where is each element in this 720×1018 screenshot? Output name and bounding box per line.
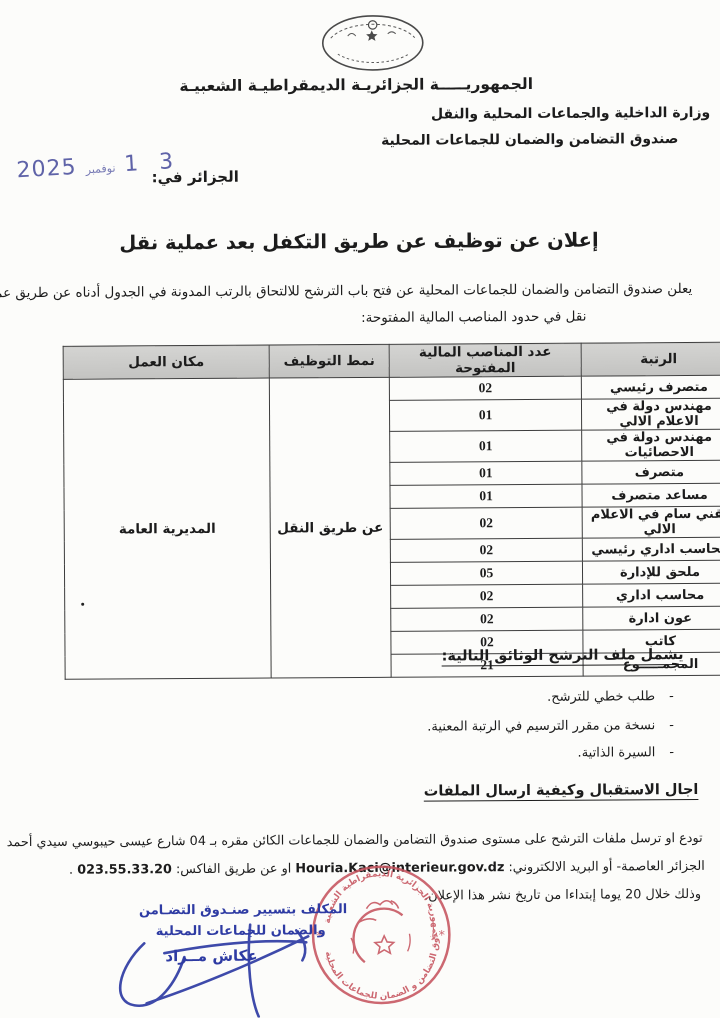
count-cell: 01 [389, 399, 581, 431]
rank-cell: عون ادارة [583, 606, 720, 630]
dash-bullet: - [669, 745, 674, 760]
rank-cell: مهندس دولة في الاعلام الالي [581, 398, 720, 430]
date-stamp-year: 2025 [16, 155, 77, 183]
header-recruitment-mode: نمط التوظيف [269, 344, 389, 378]
header-open-positions: عدد المناصب المالية المفتوحة [389, 343, 581, 377]
count-cell: 01 [390, 461, 582, 485]
dash-bullet: - [669, 689, 674, 704]
table-header-row: الرتبة عدد المناصب المالية المفتوحة نمط … [63, 342, 720, 379]
workplace-cell: المديرية العامة [63, 378, 271, 679]
list-item-label: نسخة من مقرر الترسيم في الرتبة المعنية. [427, 718, 655, 734]
signatory-name: عكاش مــراد [165, 947, 257, 966]
page-title: إعلان عن توظيف عن طريق التكفل بعد عملية … [119, 229, 599, 255]
scanned-document-page: الجمهوريـــــة الجزائريـة الديمقراطيـة ا… [0, 0, 720, 1018]
ministry-line: وزارة الداخلية والجماعات المحلية والنقل [431, 105, 710, 123]
count-cell: 02 [391, 607, 583, 631]
dash-bullet: - [669, 718, 674, 733]
list-item-label: طلب خطي للترشح. [547, 689, 655, 705]
count-cell: 01 [390, 430, 582, 462]
email-label: الجزائر العاصمة- أو البريد الالكتروني: [508, 859, 704, 875]
date-stamp-month: نوفمبر [85, 162, 115, 177]
list-item: -نسخة من مقرر الترسيم في الرتبة المعنية. [427, 718, 674, 735]
rank-cell: محاسب اداري رئيسي [582, 537, 720, 561]
sentence-period: . [69, 863, 73, 878]
header-rank: الرتبة [581, 342, 720, 376]
documents-section-title: يشمل ملف الترشح الوثائق التالية: [442, 647, 684, 664]
list-item: -طلب خطي للترشح. [547, 689, 674, 705]
fund-line: صندوق التضامن والضمان للجماعات المحلية [381, 131, 678, 149]
count-cell: 02 [390, 538, 582, 562]
rank-cell: تقني سام في الاعلام الالي [582, 506, 720, 538]
table-body: متصرف رئيسي02عن طريق النقلالمديرية العام… [63, 375, 720, 679]
svg-text:*: * [439, 927, 445, 942]
republic-title: الجمهوريـــــة الجزائريـة الديمقراطيـة ا… [223, 75, 533, 95]
count-cell: 05 [390, 561, 582, 585]
fax-label: او عن طريق الفاكس: [176, 861, 291, 877]
algeria-national-emblem-icon [318, 12, 428, 75]
signatory-title-line1: المكلف بتسيير صنـدوق التضـامن [138, 902, 348, 918]
rank-cell: مساعد متصرف [582, 483, 720, 507]
count-cell: 02 [390, 507, 582, 539]
fax-number: 023.55.33.20 [77, 862, 172, 878]
deadline-line-3: وذلك خلال 20 يوما إبتداءا من تاريخ نشر ه… [424, 887, 701, 904]
positions-table: الرتبة عدد المناصب المالية المفتوحة نمط … [63, 342, 720, 680]
rank-cell: متصرف رئيسي [581, 375, 720, 399]
deadline-section-title: اجال الاستقبال وكيفية ارسال الملفات [424, 782, 699, 800]
rank-cell: متصرف [582, 460, 720, 484]
date-stamp-day: 1 3 [124, 149, 181, 177]
count-cell: 02 [391, 584, 583, 608]
rank-cell: محاسب اداري [583, 583, 720, 607]
intro-line-2: نقل في حدود المناصب المالية المفتوحة: [361, 309, 586, 326]
recruitment-mode-cell: عن طريق النقل [269, 377, 391, 678]
list-item-label: السيرة الذاتية. [577, 745, 655, 760]
scan-speck [81, 603, 84, 606]
deadline-line-1: تودع او ترسل ملفات الترشح على مستوى صندو… [7, 831, 703, 850]
rank-cell: مهندس دولة في الاحصائيات [582, 429, 720, 461]
header-workplace: مكان العمل [63, 345, 269, 379]
count-cell: 02 [389, 376, 581, 400]
count-cell: 01 [390, 484, 582, 508]
list-item: -السيرة الذاتية. [577, 745, 674, 761]
intro-line-1: يعلن صندوق التضامن والضمان للجماعات المح… [0, 281, 692, 301]
rank-cell: ملحق للإدارة [582, 560, 720, 584]
signatory-title-line2: والضمان للجماعات المحلية [153, 923, 328, 939]
